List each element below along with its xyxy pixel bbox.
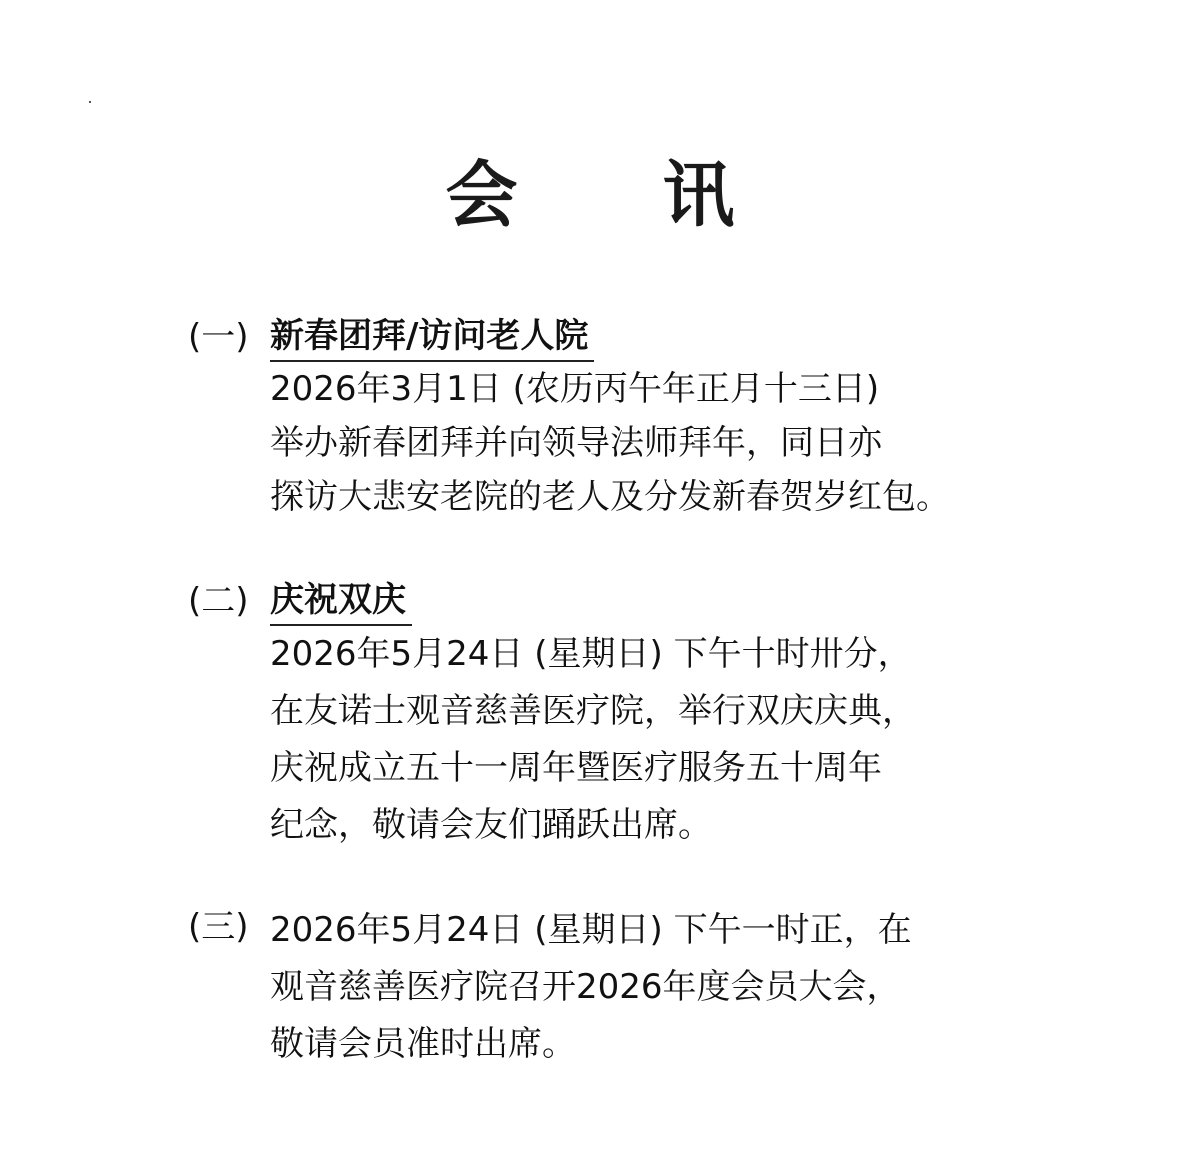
notice-section-3: (三) 2026年5月24日 (星期日) 下午一时正，在 观音慈善医疗院召开20… [188, 902, 912, 1073]
section-number: (三) [188, 902, 270, 952]
section-heading: 新春团拜/访问老人院 [270, 312, 594, 362]
section-heading: 庆祝双庆 [270, 576, 412, 626]
section-line: 敬请会员准时出席。 [270, 1016, 912, 1073]
section-line: 庆祝成立五十一周年暨医疗服务五十周年 [270, 740, 916, 797]
section-line: 2026年5月24日 (星期日) 下午一时正，在 [270, 902, 912, 959]
section-line: 在友诺士观音慈善医疗院，举行双庆庆典， [270, 683, 916, 740]
notice-section-2: (二) 庆祝双庆 2026年5月24日 (星期日) 下午十时卅分， 在友诺士观音… [188, 576, 916, 854]
section-line: 2026年5月24日 (星期日) 下午十时卅分， [270, 626, 916, 683]
section-number: (一) [188, 312, 270, 362]
section-line: 举办新春团拜并向领导法师拜年，同日亦 [270, 416, 950, 470]
section-line: 观音慈善医疗院召开2026年度会员大会， [270, 959, 912, 1016]
section-line: 2026年3月1日 (农历丙午年正月十三日) [270, 362, 950, 416]
section-number: (二) [188, 576, 270, 626]
notice-section-1: (一) 新春团拜/访问老人院 2026年3月1日 (农历丙午年正月十三日) 举办… [188, 312, 950, 524]
scan-speck [89, 101, 91, 103]
section-line: 探访大悲安老院的老人及分发新春贺岁红包。 [270, 470, 950, 524]
section-line: 纪念，敬请会友们踊跃出席。 [270, 797, 916, 854]
page-title: 会 讯 [0, 150, 1200, 240]
